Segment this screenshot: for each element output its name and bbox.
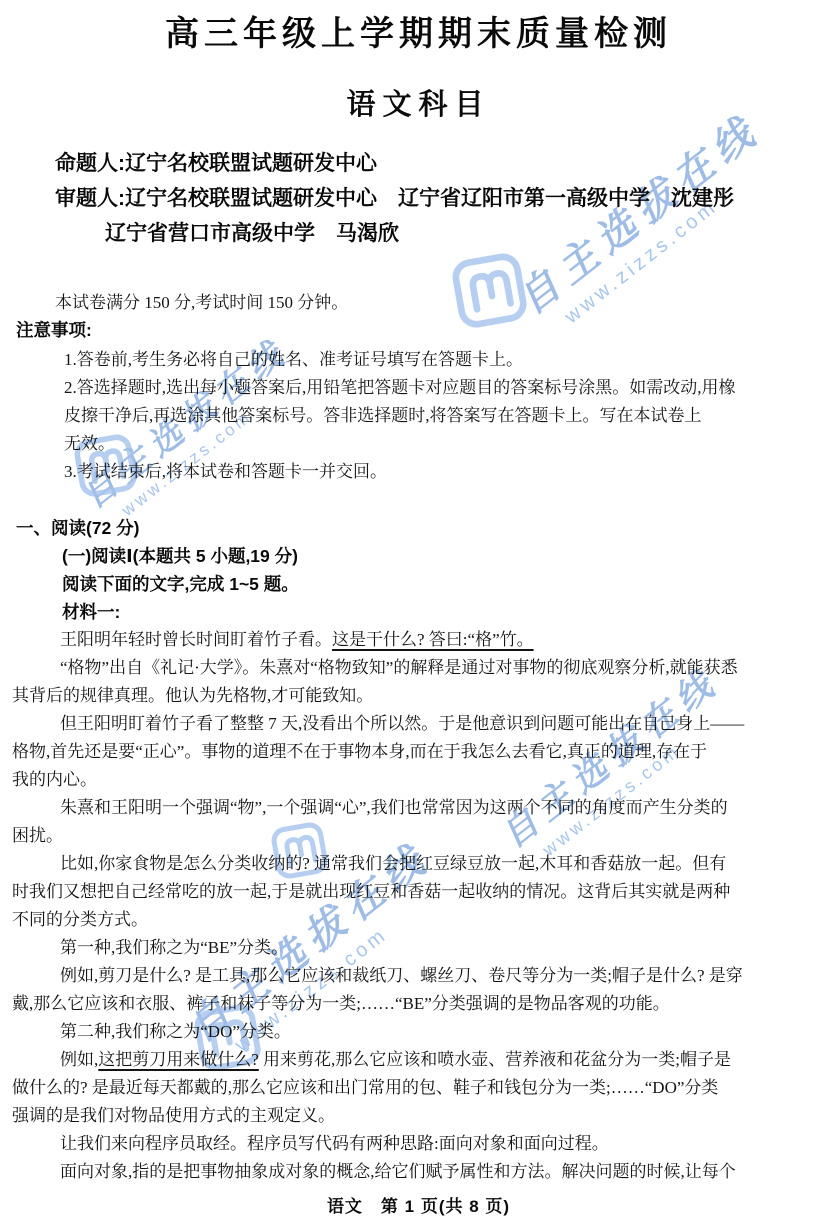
text-segment: 辽宁省营口市高级中学 马渴欣 [105,222,399,245]
text-line: 面向对象,指的是把事物抽象成对象的概念,给它们赋予属性和方法。解决问题的时候,让… [12,1158,828,1186]
text-line: 3.考试结束后,将本试卷和答题卡一并交回。 [64,458,829,486]
exam-info: 本试卷满分 150 分,考试时间 150 分钟。 [55,288,348,313]
text-segment: 第一种,我们称之为“BE”分类。 [60,938,288,957]
text-line: 皮擦干净后,再选涂其他答案标号。答非选择题时,将答案写在答题卡上。写在本试卷上 [64,402,829,430]
text-line: 朱熹和王阳明一个强调“物”,一个强调“心”,我们也常常因为这两个不同的角度而产生… [12,794,828,822]
text-segment: 困扰。 [12,826,63,845]
text-line: 我的内心。 [12,766,828,794]
authors-block: 命题人:辽宁名校联盟试题研发中心审题人:辽宁名校联盟试题研发中心 辽宁省辽阳市第… [55,146,825,251]
text-line: 格物,首先还是要“正心”。事物的道理不在于事物本身,而在于我怎么去看它,真正的道… [12,738,828,766]
text-segment: 比如,你家食物是怎么分类收纳的? 通常我们会把红豆绿豆放一起,木耳和香菇放一起。… [60,854,726,873]
text-line: 强调的是我们对物品使用方式的主观定义。 [12,1102,828,1130]
text-line: 王阳明年轻时曾长时间盯着竹子看。这是干什么? 答曰:“格”竹。 [12,626,828,654]
text-segment: 时我们又想把自己经常吃的放一起,于是就出现红豆和香菇一起收纳的情况。这背后其实就… [12,882,730,901]
text-line: 例如,这把剪刀用来做什么? 用来剪花,那么它应该和喷水壶、营养液和花盆分为一类;… [12,1046,828,1074]
text-segment: 第二种,我们称之为“DO”分类。 [60,1022,291,1041]
text-segment: “格物”出自《礼记·大学》。朱熹对“格物致知”的解释是通过对事物的彻底观察分析,… [60,658,738,677]
text-segment: 强调的是我们对物品使用方式的主观定义。 [12,1106,335,1125]
text-line: 但王阳明盯着竹子看了整整 7 天,没看出个所以然。于是他意识到问题可能出在自己身… [12,710,828,738]
text-line: 时我们又想把自己经常吃的放一起,于是就出现红豆和香菇一起收纳的情况。这背后其实就… [12,878,828,906]
text-segment: 1.答卷前,考生务必将自己的姓名、准考证号填写在答题卡上。 [64,350,523,369]
text-segment: 命题人:辽宁名校联盟试题研发中心 [55,152,377,175]
text-line: 无效。 [64,430,829,458]
text-line: 一、阅读(72 分) [16,514,826,542]
text-line: 阅读下面的文字,完成 1~5 题。 [16,570,826,598]
text-segment: 朱熹和王阳明一个强调“物”,一个强调“心”,我们也常常因为这两个不同的角度而产生… [60,798,728,817]
text-line: 2.答选择题时,选出每小题答案后,用铅笔把答题卡对应题目的答案标号涂黑。如需改动… [64,374,829,402]
text-line: 做什么的? 是最近每天都戴的,那么它应该和出门常用的包、鞋子和钱包分为一类;……… [12,1074,828,1102]
text-line: (一)阅读Ⅰ(本题共 5 小题,19 分) [16,542,826,570]
text-line: 例如,剪刀是什么? 是工具,那么它应该和裁纸刀、螺丝刀、卷尺等分为一类;帽子是什… [12,962,828,990]
text-line: 1.答卷前,考生务必将自己的姓名、准考证号填写在答题卡上。 [64,346,829,374]
text-segment: 例如,剪刀是什么? 是工具,那么它应该和裁纸刀、螺丝刀、卷尺等分为一类;帽子是什… [60,966,743,985]
section-headers: 一、阅读(72 分)(一)阅读Ⅰ(本题共 5 小题,19 分)阅读下面的文字,完… [16,514,826,626]
text-segment: 材料一: [62,602,120,622]
zizzs-logo-icon [447,248,534,339]
text-segment: 不同的分类方式。 [12,910,148,929]
underlined-text: 这把剪刀用来做什么? [98,1050,259,1069]
text-segment: 2.答选择题时,选出每小题答案后,用铅笔把答题卡对应题目的答案标号涂黑。如需改动… [64,378,736,397]
text-line: 命题人:辽宁名校联盟试题研发中心 [55,146,825,181]
text-line: 第二种,我们称之为“DO”分类。 [12,1018,828,1046]
page-title: 高三年级上学期期末质量检测 [0,6,837,55]
text-line: 第一种,我们称之为“BE”分类。 [12,934,828,962]
text-segment: 一、阅读(72 分) [16,518,139,538]
material-text: 王阳明年轻时曾长时间盯着竹子看。这是干什么? 答曰:“格”竹。“格物”出自《礼记… [12,626,828,1186]
text-segment: 王阳明年轻时曾长时间盯着竹子看。 [60,630,332,649]
text-line: 不同的分类方式。 [12,906,828,934]
text-segment: (一)阅读Ⅰ(本题共 5 小题,19 分) [62,546,298,566]
text-segment: 戴,那么它应该和衣服、裤子和袜子等分为一类;……“BE”分类强调的是物品客观的功… [12,994,670,1013]
text-segment: 3.考试结束后,将本试卷和答题卡一并交回。 [64,462,387,481]
text-segment: 面向对象,指的是把事物抽象成对象的概念,给它们赋予属性和方法。解决问题的时候,让… [60,1162,736,1181]
text-line: 辽宁省营口市高级中学 马渴欣 [55,216,825,251]
text-segment: 但王阳明盯着竹子看了整整 7 天,没看出个所以然。于是他意识到问题可能出在自己身… [60,714,744,733]
text-line: 比如,你家食物是怎么分类收纳的? 通常我们会把红豆绿豆放一起,木耳和香菇放一起。… [12,850,828,878]
text-line: 材料一: [16,598,826,626]
text-segment: 阅读下面的文字,完成 1~5 题。 [62,574,299,594]
text-line: 困扰。 [12,822,828,850]
notice-list: 1.答卷前,考生务必将自己的姓名、准考证号填写在答题卡上。2.答选择题时,选出每… [64,346,829,486]
text-segment: 皮擦干净后,再选涂其他答案标号。答非选择题时,将答案写在答题卡上。写在本试卷上 [64,406,702,425]
text-segment: 无效。 [64,434,115,453]
text-segment: 格物,首先还是要“正心”。事物的道理不在于事物本身,而在于我怎么去看它,真正的道… [12,742,707,761]
subject-title: 语文科目 [0,82,837,123]
notice-heading: 注意事项: [16,317,92,342]
page-footer: 语文 第 1 页(共 8 页) [0,1192,837,1217]
underlined-text: 这是干什么? 答曰:“格”竹。 [332,630,534,649]
text-line: 戴,那么它应该和衣服、裤子和袜子等分为一类;……“BE”分类强调的是物品客观的功… [12,990,828,1018]
text-segment: 其背后的规律真理。他认为先格物,才可能致知。 [12,686,373,705]
text-segment: 让我们来向程序员取经。程序员写代码有两种思路:面向对象和面向过程。 [60,1134,609,1153]
text-segment: 例如, [60,1050,98,1069]
text-segment: 我的内心。 [12,770,97,789]
text-line: “格物”出自《礼记·大学》。朱熹对“格物致知”的解释是通过对事物的彻底观察分析,… [12,654,828,682]
text-segment: 用来剪花,那么它应该和喷水壶、营养液和花盆分为一类;帽子是 [259,1050,731,1069]
text-segment: 做什么的? 是最近每天都戴的,那么它应该和出门常用的包、鞋子和钱包分为一类;……… [12,1078,718,1097]
text-segment: 审题人:辽宁名校联盟试题研发中心 辽宁省辽阳市第一高级中学 沈建彤 [55,187,734,210]
text-line: 审题人:辽宁名校联盟试题研发中心 辽宁省辽阳市第一高级中学 沈建彤 [55,181,825,216]
text-line: 其背后的规律真理。他认为先格物,才可能致知。 [12,682,828,710]
text-line: 让我们来向程序员取经。程序员写代码有两种思路:面向对象和面向过程。 [12,1130,828,1158]
